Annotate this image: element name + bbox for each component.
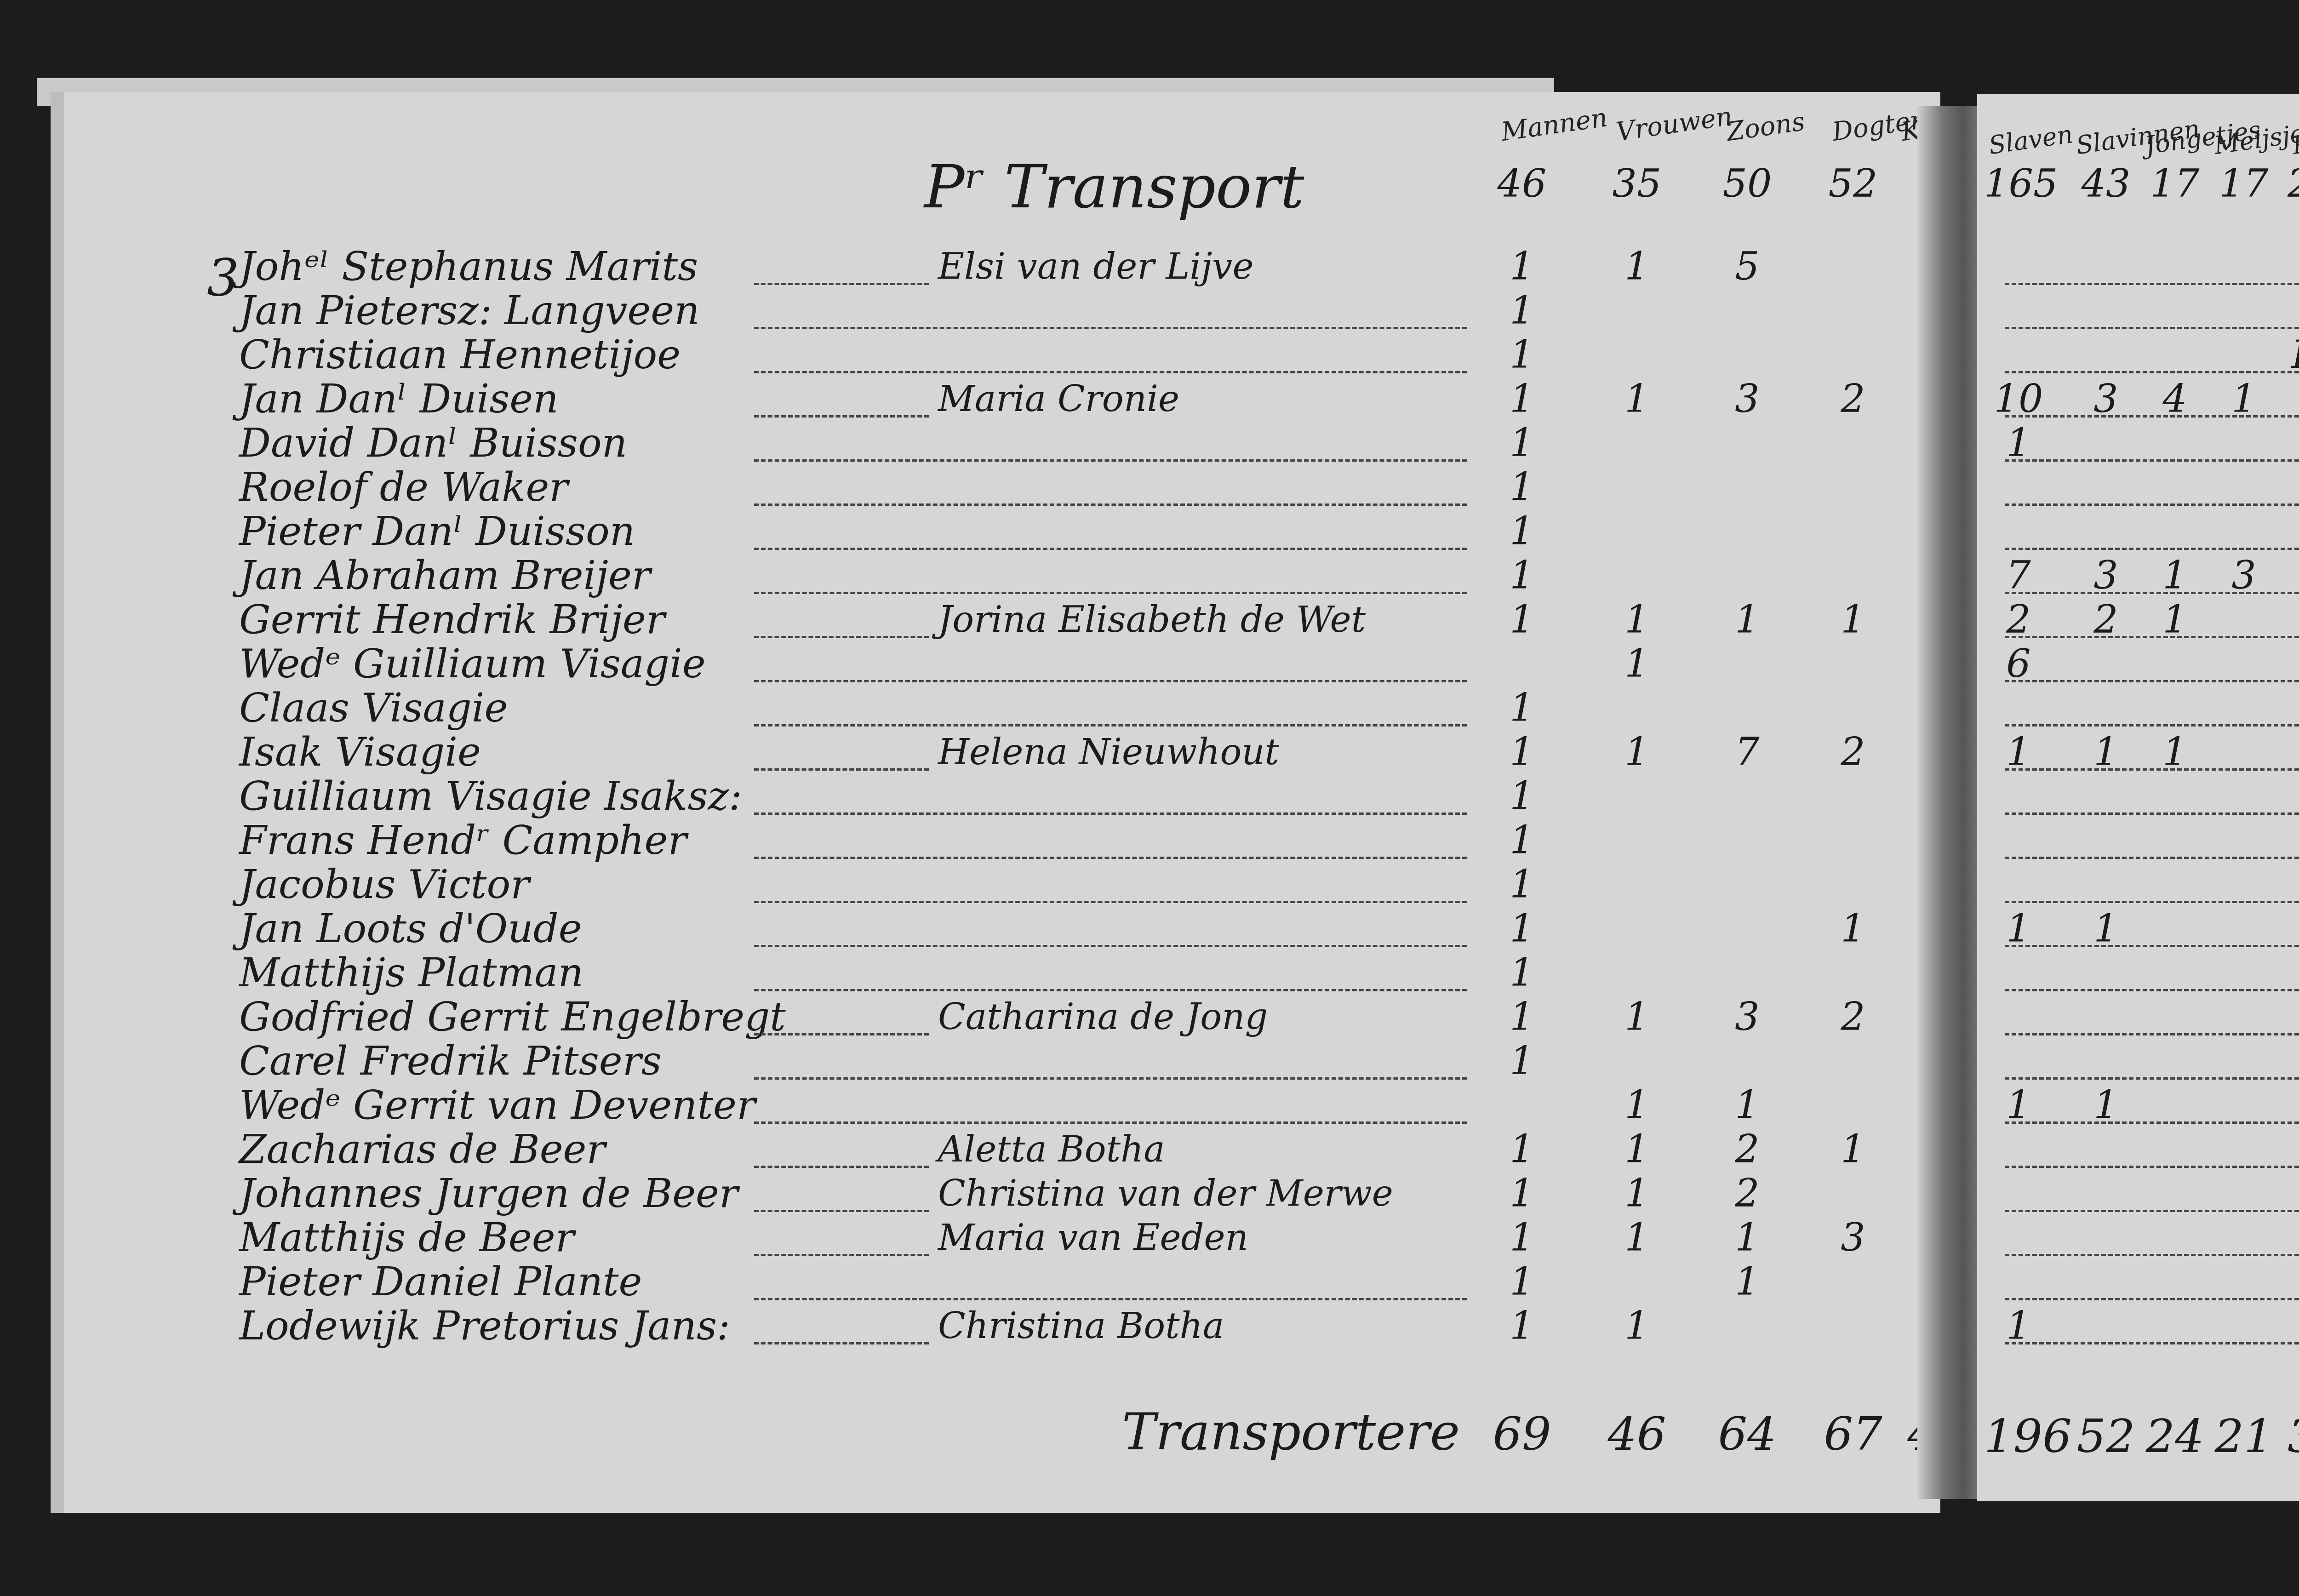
cell-value: 1 <box>1713 1259 1782 1304</box>
row-filler-line <box>754 1254 929 1256</box>
cell-value: 3 <box>2071 376 2140 421</box>
cell-value: 3 <box>2071 553 2140 598</box>
row-filler-line <box>754 548 1467 550</box>
cell-value: ÍÍÍÍ <box>2288 332 2299 377</box>
row-filler-line <box>2005 812 2299 815</box>
cell-value: 2 <box>1713 1171 1782 1216</box>
cell-value: 1 <box>1602 1171 1671 1216</box>
cell-value: 6 <box>1984 641 2053 686</box>
right-page: SlavenSlavinnenJongetjesMeijsjesPaardenR… <box>1977 94 2299 1501</box>
cell-value: 3 <box>1819 1215 1887 1260</box>
cell-value: 1 <box>1487 906 1556 951</box>
row-filler-line <box>754 724 1467 726</box>
table-row-name: Johannes Jurgen de Beer <box>239 1171 738 1217</box>
page-number: 3 <box>207 248 239 307</box>
wife-name: Elsi van der Lijve <box>938 246 1254 287</box>
row-filler-line <box>2005 548 2299 550</box>
cell-value: 3 <box>1713 994 1782 1039</box>
row-filler-line <box>2005 371 2299 373</box>
row-filler-line <box>2005 1166 2299 1168</box>
cell-value: 1 <box>2140 597 2209 642</box>
cell-value: 2 <box>2288 1082 2299 1127</box>
cell-value: 1 <box>2071 729 2140 774</box>
cell-value: 1 <box>2140 553 2209 598</box>
cell-value: 1 <box>2288 685 2299 730</box>
row-filler-line <box>754 945 1467 947</box>
cell-value: 1 <box>2288 1303 2299 1348</box>
cell-value: 4 <box>2288 994 2299 1039</box>
row-filler-line <box>2005 1033 2299 1035</box>
table-row-name: Gerrit Hendrik Brijer <box>239 597 665 643</box>
wife-name: Catharina de Jong <box>938 996 1268 1038</box>
table-row-name: Jacobus Victor <box>239 862 529 908</box>
cell-value: 1 <box>2288 906 2299 951</box>
cell-value: 8 <box>2288 641 2299 686</box>
cell-value: 1 <box>1487 1038 1556 1083</box>
table-row-name: Christiaan Hennetijoe <box>239 332 681 378</box>
wife-name: Christina van der Merwe <box>938 1173 1393 1214</box>
cell-value: 2 <box>1819 729 1887 774</box>
cell-value: 1 <box>1984 1082 2053 1127</box>
table-row-name: Zacharias de Beer <box>239 1127 606 1173</box>
table-row-name: Wedᵉ Guilliaum Visagie <box>239 641 706 687</box>
transport-in-value: 165 <box>1984 161 2053 206</box>
cell-value: 1 <box>1487 1127 1556 1172</box>
cell-value: 1 <box>1487 420 1556 465</box>
transport-in-value: 263 <box>2288 161 2299 206</box>
cell-value: 1 <box>1819 1127 1887 1172</box>
row-filler-line <box>754 680 1467 682</box>
row-filler-line <box>754 1121 1467 1124</box>
table-row-name: Jan Danˡ Duisen <box>239 376 559 422</box>
cell-value: 6 <box>2288 818 2299 863</box>
row-filler-line <box>2005 283 2299 285</box>
cell-value: 1 <box>1487 597 1556 642</box>
cell-value: 1 <box>1713 1082 1782 1127</box>
row-filler-line <box>754 459 1467 462</box>
row-filler-line <box>754 1077 1467 1080</box>
transport-in-value: 35 <box>1602 161 1671 206</box>
column-header-left: Zoons <box>1725 107 1807 147</box>
cell-value: 1 <box>2288 288 2299 333</box>
cell-value: 2 <box>1984 597 2053 642</box>
cell-value: 1 <box>2071 906 2140 951</box>
cell-value: 1 <box>1487 773 1556 818</box>
column-header-left: Mannen <box>1499 103 1609 147</box>
cell-value: 12 <box>2288 597 2299 642</box>
transport-out-value: 52 <box>2071 1409 2140 1463</box>
wife-name: Maria van Eeden <box>938 1217 1248 1258</box>
row-filler-line <box>2005 1210 2299 1212</box>
transport-in-value: 17 <box>2209 161 2278 206</box>
row-filler-line <box>754 1033 929 1035</box>
column-header-right: Slaven <box>1987 120 2075 160</box>
table-row-name: Johᵉˡ Stephanus Marits <box>239 244 698 290</box>
cell-value: 1 <box>1602 1303 1671 1348</box>
transport-in-value: 46 <box>1487 161 1556 206</box>
cell-value: 1 <box>1602 1127 1671 1172</box>
cell-value: 1 <box>1487 1303 1556 1348</box>
transport-out-value: 21 <box>2209 1409 2278 1463</box>
cell-value: 1 <box>2288 1127 2299 1172</box>
cell-value: 5 <box>1713 244 1782 289</box>
row-filler-line <box>754 768 929 771</box>
cell-value: 7 <box>1984 553 2053 598</box>
cell-value: 1 <box>1602 597 1671 642</box>
cell-value: 1 <box>1487 244 1556 289</box>
cell-value: 1 <box>1487 818 1556 863</box>
cell-value: 1 <box>1713 1215 1782 1260</box>
table-row-name: Isak Visagie <box>239 729 481 775</box>
row-filler-line <box>2005 327 2299 329</box>
column-header-left: Vrouwen <box>1614 101 1734 147</box>
cell-value: 1 <box>1602 729 1671 774</box>
row-filler-line <box>754 415 929 418</box>
row-filler-line <box>754 901 1467 903</box>
cell-value: 1 <box>1487 685 1556 730</box>
cell-value: 1 <box>2288 244 2299 289</box>
cell-value: 1 <box>1487 862 1556 907</box>
table-row-name: David Danˡ Buisson <box>239 420 627 466</box>
row-filler-line <box>754 327 1467 329</box>
table-row-name: Godfried Gerrit Engelbregt <box>239 994 786 1040</box>
row-filler-line <box>754 1298 1467 1300</box>
cell-value: 4 <box>2288 1215 2299 1260</box>
row-filler-line <box>2005 1254 2299 1256</box>
cell-value: 1 <box>1602 376 1671 421</box>
transport-out-value: 64 <box>1713 1407 1782 1461</box>
row-filler-line <box>754 989 1467 991</box>
row-filler-line <box>2005 503 2299 506</box>
cell-value: 2 <box>1819 376 1887 421</box>
cell-value: 6 <box>2288 1171 2299 1216</box>
table-row-name: Pieter Danˡ Duisson <box>239 509 635 555</box>
table-row-name: Wedᵉ Gerrit van Deventer <box>239 1082 755 1128</box>
row-filler-line <box>2005 989 2299 991</box>
table-row-name: Jan Abraham Breijer <box>239 553 651 599</box>
cell-value: 3 <box>1713 376 1782 421</box>
transport-out-value: 69 <box>1487 1407 1556 1461</box>
cell-value: 1 <box>1487 729 1556 774</box>
row-filler-line <box>2005 901 2299 903</box>
wife-name: Aletta Botha <box>938 1129 1165 1170</box>
row-filler-line <box>754 636 929 638</box>
cell-value: 7 <box>1713 729 1782 774</box>
cell-value: 1 <box>1487 553 1556 598</box>
table-row-name: Frans Hendʳ Campher <box>239 818 687 864</box>
cell-value: 1 <box>2288 773 2299 818</box>
cell-value: 1 <box>2288 729 2299 774</box>
transport-out-value: 337 <box>2288 1409 2299 1463</box>
cell-value: 1 <box>2288 509 2299 554</box>
table-row-name: Matthijs de Beer <box>239 1215 574 1261</box>
cell-value: 1 <box>1984 906 2053 951</box>
cell-value: 1 <box>1487 950 1556 995</box>
table-row-name: Jan Loots d'Oude <box>239 906 582 952</box>
cell-value: 1 <box>1984 729 2053 774</box>
transport-out-value: 196 <box>1984 1409 2053 1463</box>
left-page: 3 MannenVrouwenZoonsDogtersKnPʳ Transpor… <box>51 92 1940 1513</box>
cell-value: 1 <box>1984 420 2053 465</box>
table-row-name: Guilliaum Visagie Isaksz: <box>239 773 742 819</box>
wife-name: Jorina Elisabeth de Wet <box>938 599 1366 641</box>
transport-in-value: 50 <box>1713 161 1782 206</box>
row-filler-line <box>2005 1077 2299 1080</box>
transport-out-value: 67 <box>1819 1407 1887 1461</box>
cell-value: 2 <box>1819 994 1887 1039</box>
row-filler-line <box>2005 724 2299 726</box>
cell-value: 1 <box>2209 376 2278 421</box>
cell-value: 1 <box>1487 332 1556 377</box>
row-filler-line <box>754 503 1467 506</box>
cell-value: 1 <box>1487 994 1556 1039</box>
cell-value: 1 <box>1819 906 1887 951</box>
cell-value: 1 <box>2288 862 2299 907</box>
cell-value: 1 <box>1984 1303 2053 1348</box>
cell-value: 1 <box>2071 1082 2140 1127</box>
cell-value: 1 <box>1602 1082 1671 1127</box>
row-filler-line <box>754 371 1467 373</box>
transport-in-value: 52 <box>1819 161 1887 206</box>
transport-in-value: 43 <box>2071 161 2140 206</box>
cell-value: 1 <box>1487 1215 1556 1260</box>
row-filler-line <box>754 857 1467 859</box>
cell-value: 1 <box>1487 288 1556 333</box>
row-filler-line <box>754 1342 929 1344</box>
cell-value: 1 <box>1487 1171 1556 1216</box>
transport-out-value: 24 <box>2140 1409 2209 1463</box>
cell-value: 4 <box>2140 376 2209 421</box>
table-row-name: Lodewijk Pretorius Jans: <box>239 1303 730 1349</box>
transport-in-value: 17 <box>2140 161 2209 206</box>
cell-value: 1 <box>1487 464 1556 509</box>
table-row-name: Jan Pietersz: Langveen <box>239 288 700 334</box>
table-row-name: Pieter Daniel Plante <box>239 1259 642 1305</box>
row-filler-line <box>754 592 1467 594</box>
cell-value: 1 <box>1487 376 1556 421</box>
table-row-name: Matthijs Platman <box>239 950 583 996</box>
transport-out-value: 46 <box>1602 1407 1671 1461</box>
cell-value: 10 <box>1984 376 2053 421</box>
wife-name: Helena Nieuwhout <box>938 732 1279 773</box>
cell-value: 2 <box>2071 597 2140 642</box>
cell-value: 3 <box>2209 553 2278 598</box>
cell-value: 1 <box>1819 597 1887 642</box>
wife-name: Christina Botha <box>938 1305 1224 1347</box>
row-filler-line <box>754 283 929 285</box>
row-filler-line <box>754 1210 929 1212</box>
table-row-name: Claas Visagie <box>239 685 508 731</box>
cell-value: 15 <box>2288 553 2299 598</box>
row-filler-line <box>2005 1298 2299 1300</box>
table-row-name: Roelof de Waker <box>239 464 568 510</box>
cell-value: 2 <box>1713 1127 1782 1172</box>
cell-value: 1 <box>1487 1259 1556 1304</box>
cell-value: 1 <box>1602 994 1671 1039</box>
transport-out-label: Transportere <box>1122 1402 1460 1461</box>
table-row-name: Carel Fredrik Pitsers <box>239 1038 662 1084</box>
wife-name: Maria Cronie <box>938 378 1179 420</box>
cell-value: 1 <box>2140 729 2209 774</box>
cell-value: 6 <box>2288 376 2299 421</box>
cell-value: 1 <box>1713 597 1782 642</box>
row-filler-line <box>754 1166 929 1168</box>
transport-label: Pʳ Transport <box>924 152 1304 222</box>
row-filler-line <box>2005 857 2299 859</box>
cell-value: 1 <box>1602 244 1671 289</box>
cell-value: 1 <box>1602 641 1671 686</box>
row-filler-line <box>754 812 1467 815</box>
cell-value: 1 <box>1602 1215 1671 1260</box>
cell-value: 1 <box>1487 509 1556 554</box>
cell-value: 1 <box>2288 420 2299 465</box>
